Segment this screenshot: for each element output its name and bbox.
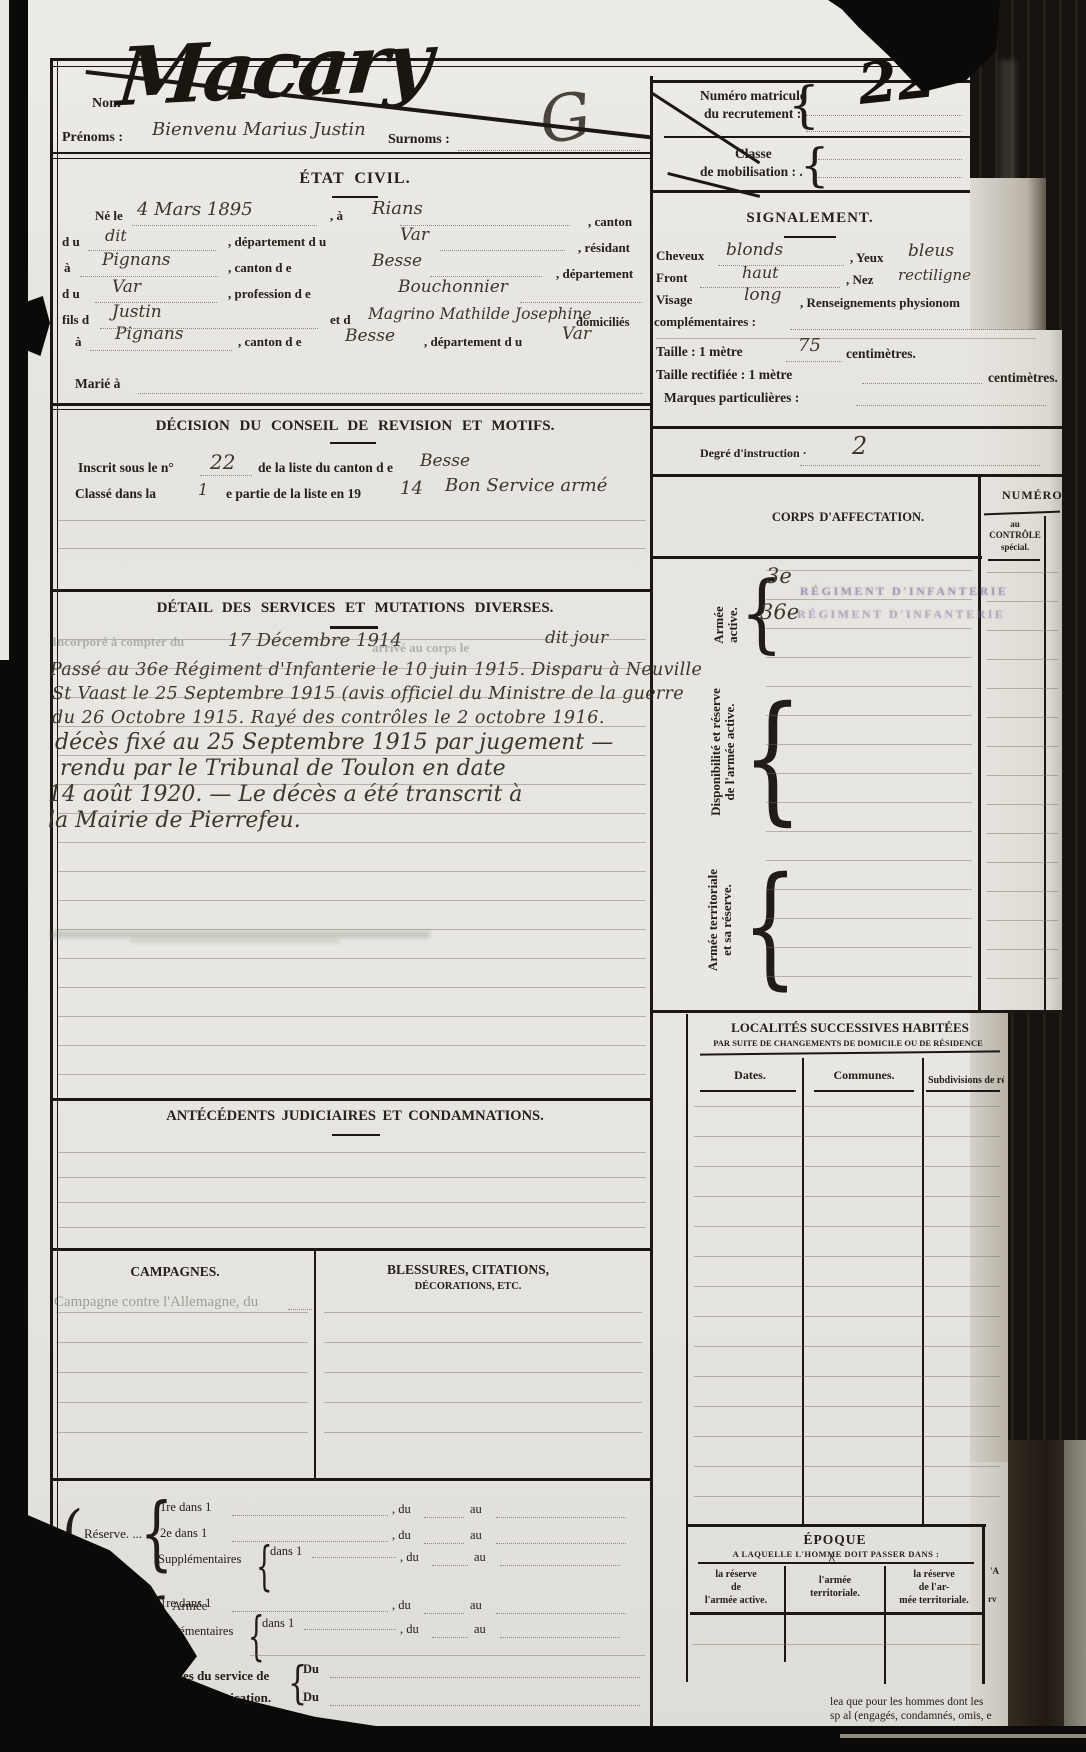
armee-active-line2: active.: [725, 607, 740, 643]
ruled-line: [766, 657, 972, 658]
armee-territoriale-label: Armée territoriale et sa réserve.: [706, 845, 742, 995]
cheveux-value: blonds: [726, 240, 783, 260]
faint-annotation-smudge: [50, 931, 430, 938]
ruled-line: [694, 1166, 1000, 1167]
signalement-title: SIGNALEMENT.: [700, 210, 920, 227]
epoque-vertical-2: [884, 1566, 886, 1684]
leader: [424, 1542, 464, 1544]
campagnes-top-rule: [50, 1248, 650, 1251]
marie-leader: [138, 392, 643, 394]
ruled-line: [694, 1496, 1000, 1497]
numero-leader-2: [806, 130, 962, 132]
reserve-suppl-au: au: [474, 1550, 486, 1565]
profession-value: Bouchonnier: [398, 277, 508, 297]
partie-value: 1: [198, 480, 208, 499]
decision-underline: [330, 442, 376, 444]
torn-page-strip-edge: [1064, 1440, 1086, 1728]
classe-leader-2: [818, 176, 962, 178]
leader: [90, 349, 232, 351]
classe-bottom-rule: [652, 190, 970, 193]
prenoms-value-handwritten: Bienvenu Marius Justin: [152, 119, 366, 140]
surnoms-leader: [458, 149, 640, 151]
ruled-line: [58, 958, 646, 959]
campagnes-title: CAMPAGNES.: [90, 1264, 260, 1280]
services-underline: [330, 626, 378, 629]
degre-bottom-rule: [652, 474, 1062, 477]
campagne-allemagne-stamp: Campagne contre l'Allemagne, du: [54, 1294, 258, 1311]
ruled-line: [58, 1016, 646, 1017]
ruled-line: [694, 1406, 1000, 1407]
numero-col-header: NUMÉRO: [1002, 488, 1063, 503]
disponibilite-label: Disponibilité et réserve de l'armée acti…: [709, 662, 745, 842]
ruled-line: [766, 773, 972, 774]
antecedents-title: ANTÉCÉDENTS JUDICIAIRES ET CONDAMNATIONS…: [100, 1108, 610, 1125]
campagnes-divider: [314, 1250, 316, 1480]
service-communication-label-1: es du service de: [183, 1668, 269, 1684]
ruled-line: [58, 1045, 646, 1046]
localites-left-border: [686, 1014, 688, 1682]
ruled-line: [986, 601, 1058, 602]
ruled-line: [766, 860, 972, 861]
ruled-line: [694, 1106, 1000, 1107]
ruled-line: [324, 1432, 642, 1433]
ruled-line: [58, 639, 646, 640]
faint-annotation-smudge-2: [130, 939, 340, 943]
campagnes-ruled-lines: [56, 1312, 308, 1472]
ruled-line: [58, 900, 646, 901]
leader: [862, 382, 982, 384]
ruled-line: [986, 572, 1058, 573]
a-label-1: , à: [330, 208, 343, 224]
canton-besse-1: Besse: [372, 251, 422, 271]
numero-brace: {: [788, 80, 820, 130]
epoque-header-rule: [690, 1612, 982, 1615]
ruled-line: [324, 1312, 642, 1313]
ruled-line: [694, 1196, 1000, 1197]
ruled-line: [986, 659, 1058, 660]
epoque-brace-rule: [698, 1562, 974, 1564]
annee-value: 14: [400, 478, 423, 499]
reserve-suppl-label: Supplémentaires: [158, 1552, 241, 1567]
blessures-title-2: DÉCORATIONS, ETC.: [398, 1281, 538, 1292]
service-du-2: Du: [303, 1690, 319, 1705]
scanned-military-register-page: { "glyphs": {"brace":"{", "paren":"(", "…: [0, 0, 1086, 1752]
campagnes-bottom-rule: [50, 1478, 650, 1481]
ruled-line: [694, 1466, 1000, 1467]
ruled-line: [766, 628, 972, 629]
departement-var-1: Var: [400, 225, 429, 245]
leader: [790, 328, 1040, 330]
ruled-line: [694, 1436, 1000, 1437]
front-value: haut: [742, 263, 779, 282]
taille-value: 75: [798, 335, 821, 356]
ruled-line: [58, 755, 646, 756]
ruled-line: [58, 1152, 646, 1153]
a-label-3: à: [75, 334, 82, 350]
territoriale-line2: et sa réserve.: [719, 884, 734, 956]
leader: [304, 1628, 396, 1630]
ruled-line: [58, 697, 646, 698]
leader: [424, 1516, 464, 1518]
ruled-line: [56, 1402, 308, 1403]
territ-suppl-dans: dans 1: [262, 1616, 294, 1631]
complementaires-label: complémentaires :: [654, 314, 756, 330]
communes-underline: [814, 1090, 914, 1092]
services-title: DÉTAIL DES SERVICES ET MUTATIONS DIVERSE…: [70, 600, 640, 617]
leader: [432, 1564, 468, 1566]
yeux-label: , Yeux: [850, 250, 883, 266]
centimetres-label-1: centimètres.: [846, 346, 916, 362]
ruled-line: [58, 929, 646, 930]
ruled-line: [986, 891, 1058, 892]
ruled-line: [766, 715, 972, 716]
localites-ruled-lines: [694, 1106, 1000, 1531]
epoque-brace-caret: ^: [828, 1552, 836, 1568]
centimetres-label-2: centimètres.: [988, 370, 1058, 386]
reserve-row1-label: 1re dans 1: [160, 1500, 211, 1515]
ruled-line: [58, 1074, 646, 1075]
fils-label: fils d: [62, 312, 89, 328]
ruled-line: [694, 1316, 1000, 1317]
col-header-dates: Dates.: [700, 1068, 800, 1083]
marques-label: Marques particulières :: [664, 390, 799, 406]
ruled-line: [766, 831, 972, 832]
du-label-2: d u: [62, 286, 80, 302]
yeux-value: bleus: [908, 241, 954, 261]
disponibilite-line2: de l'armée active.: [722, 703, 737, 800]
subdivisions-underline: [926, 1090, 1000, 1092]
blessures-ruled-lines: [324, 1312, 642, 1472]
marie-label: Marié à: [75, 376, 120, 392]
prenoms-label: Prénoms :: [62, 130, 123, 146]
bottom-edge-highlight: [840, 1734, 1086, 1738]
ruled-line: [324, 1402, 642, 1403]
surnoms-label: Surnoms :: [388, 132, 450, 148]
leader: [330, 1704, 640, 1706]
epoque-col2-line2: territoriale.: [790, 1589, 880, 1600]
ruled-line: [58, 1177, 646, 1178]
antecedents-underline: [332, 1134, 380, 1136]
corps-title-rule: [652, 556, 982, 559]
residant-label: , résidant: [578, 240, 630, 256]
front-label: Front: [656, 270, 688, 286]
ruled-line: [58, 784, 646, 785]
epoque-edge-fragment-2: rv: [988, 1594, 997, 1604]
leader: [80, 275, 218, 277]
ruled-line: [986, 949, 1058, 950]
ruled-line: [986, 978, 1058, 979]
ruled-line: [58, 842, 646, 843]
signalement-bottom-rule: [652, 426, 1062, 429]
leader: [496, 1542, 626, 1544]
antecedents-top-rule: [50, 1098, 650, 1101]
ruled-line: [766, 947, 972, 948]
classe-dans-label: Classé dans la: [75, 486, 156, 502]
flourish-letter: G: [535, 79, 596, 159]
ruled-line: [56, 1312, 308, 1313]
ruled-line: [766, 802, 972, 803]
leader: [856, 404, 1046, 406]
col-header-communes: Communes.: [812, 1068, 916, 1083]
numero-matricule-label-2: du recrutement :: [704, 106, 801, 122]
epoque-col3-line2: de l'ar-: [888, 1583, 980, 1594]
territ-suppl-au: au: [474, 1622, 486, 1637]
ruled-line: [986, 833, 1058, 834]
controle-header-3: spécial.: [988, 543, 1042, 552]
epoque-note-1: lea que pour les hommes dont les: [830, 1696, 983, 1708]
controle-header-2: CONTRÔLE: [988, 531, 1042, 540]
reserve-row2-du: , du: [392, 1528, 411, 1543]
taille-label: Taille : 1 mètre: [656, 344, 743, 360]
ruled-line: [56, 1342, 308, 1343]
leader: [800, 464, 1040, 466]
departement-var-2: Var: [112, 277, 141, 297]
ruled-line: [692, 1644, 980, 1645]
a-label-2: à: [64, 260, 71, 276]
nez-value: rectiligne: [898, 266, 971, 284]
leader: [500, 1564, 620, 1566]
territ-row1-au: au: [470, 1598, 482, 1613]
controle-header-1: au: [988, 520, 1042, 529]
canton-besse-value: Besse: [420, 451, 470, 471]
reserve-suppl-dans: dans 1: [270, 1544, 302, 1559]
reserve-row1-du: , du: [392, 1502, 411, 1517]
ruled-line: [58, 987, 646, 988]
du-label-1: d u: [62, 234, 80, 250]
leader: [312, 1556, 396, 1558]
leader: [330, 1676, 640, 1678]
signalement-underline: [784, 236, 836, 238]
col-header-subdivisions: Subdivisions de rég.: [928, 1075, 1004, 1086]
localites-title: LOCALITÉS SUCCESSIVES HABITÉES: [700, 1020, 1000, 1036]
epoque-right-border: [982, 1524, 985, 1684]
profession-label: , profession d e: [228, 286, 311, 302]
canton-besse-2: Besse: [345, 326, 395, 346]
ruled-line: [694, 1136, 1000, 1137]
ruled-line: [694, 1286, 1000, 1287]
numero-col-vertical: [978, 474, 981, 1012]
degre-instruction-value: 2: [852, 432, 867, 460]
ruled-line: [986, 775, 1058, 776]
ruled-line: [694, 1376, 1000, 1377]
degre-instruction-label: Degré d'instruction ·: [700, 446, 807, 461]
controle-underline: [988, 559, 1040, 561]
ruled-line: [766, 599, 972, 600]
ruled-line: [766, 918, 972, 919]
epoque-col1-line1: la réserve: [692, 1570, 780, 1581]
ruled-line: [766, 744, 972, 745]
ruled-line: [766, 570, 972, 571]
residence-pignans-2: Pignans: [115, 324, 184, 344]
territ-row1-du: , du: [392, 1598, 411, 1613]
etat-civil-title: ÉTAT CIVIL.: [150, 170, 560, 188]
leader: [432, 1636, 468, 1638]
territ-suppl-du: , du: [400, 1622, 419, 1637]
ruled-line: [694, 1346, 1000, 1347]
reserve-row2-au: au: [470, 1528, 482, 1543]
mother-name: Magrino Mathilde Josephine: [368, 305, 592, 323]
cheveux-label: Cheveux: [656, 248, 704, 264]
antecedents-ruled-lines: [58, 1152, 646, 1262]
name-block-bottom-thin: [50, 158, 650, 159]
epoque-title: ÉPOQUE: [760, 1532, 910, 1548]
col-header-subdivisions-clipped: Subdivisions de rég.: [928, 1070, 1004, 1088]
ne-le-label: Né le: [95, 208, 123, 224]
decision-title: DÉCISION DU CONSEIL DE REVISION ET MOTIF…: [70, 418, 640, 435]
reserve-row1-au: au: [470, 1502, 482, 1517]
inscrit-numero: 22: [210, 450, 235, 474]
taille-rectifiee-label: Taille rectifiée : 1 mètre: [656, 367, 792, 383]
corps-ruled-lines: [766, 570, 972, 1010]
father-name: Justin: [112, 302, 162, 322]
corps-affectation-title: CORPS D'AFFECTATION.: [720, 510, 976, 525]
leader: [200, 474, 252, 476]
dates-underline: [700, 1090, 796, 1092]
departement-var-3: Var: [562, 324, 591, 344]
numero-col-ruled-lines: [986, 572, 1058, 1012]
epoque-top-rule: [686, 1524, 986, 1527]
classe-brace: {: [800, 142, 829, 188]
decision-top-rule-thick: [50, 403, 650, 406]
bottom-black-strip: [0, 1726, 1086, 1752]
blessures-title-1: BLESSURES, CITATIONS,: [370, 1262, 566, 1278]
residence-pignans-1: Pignans: [102, 250, 171, 270]
canton-label-2: , canton d e: [238, 334, 302, 350]
ruled-line: [324, 1372, 642, 1373]
services-ruled-lines: [58, 639, 646, 1109]
ruled-line: [766, 976, 972, 977]
visage-label: Visage: [656, 292, 692, 308]
ruled-line: [694, 1226, 1000, 1227]
ruled-line: [58, 520, 646, 521]
ruled-line: [986, 717, 1058, 718]
epoque-note-2: sp al (engagés, condamnés, omis, e: [830, 1710, 992, 1722]
left-border-thick: [50, 58, 53, 1726]
ruled-line: [324, 1342, 642, 1343]
ruled-line: [58, 871, 646, 872]
service-du-1: Du: [303, 1662, 319, 1677]
ruled-line: [58, 668, 646, 669]
leader: [496, 1612, 626, 1614]
leader: [500, 1636, 620, 1638]
leader: [440, 249, 565, 251]
epoque-col3-line3: mée territoriale.: [888, 1596, 980, 1607]
ruled-line: [58, 548, 646, 549]
territ-row1-label: 1re dans 1: [160, 1596, 211, 1611]
epoque-edge-fragment-1: 'A: [990, 1566, 999, 1576]
classe-leader-1: [818, 158, 962, 160]
reserve-row2-label: 2e dans 1: [160, 1526, 207, 1541]
visage-value: long: [744, 285, 782, 305]
motif-value: Bon Service armé: [445, 475, 607, 496]
canton-dit: dit: [105, 226, 127, 245]
ruled-line: [56, 1432, 308, 1433]
leader: [232, 1514, 388, 1516]
ruled-line: [58, 1202, 646, 1203]
departement-label-2: , département d u: [424, 334, 522, 350]
departement-right-label: , département: [556, 266, 633, 282]
ruled-line: [694, 1256, 1000, 1257]
left-page-sliver: [0, 0, 9, 660]
ruled-line: [58, 1227, 646, 1228]
ruled-line: [250, 1655, 645, 1656]
birth-date: 4 Mars 1895: [137, 199, 253, 220]
classe-label-2: de mobilisation : .: [700, 164, 803, 180]
epoque-col1-line2: de: [692, 1583, 780, 1594]
epoque-col2-line1: l'armée: [790, 1576, 880, 1587]
leader: [718, 264, 844, 266]
ruled-line: [986, 630, 1058, 631]
leader: [520, 301, 642, 303]
ruled-line: [58, 726, 646, 727]
reserve-suppl-du: , du: [400, 1550, 419, 1565]
decision-top-rule-thin: [50, 409, 650, 410]
ruled-line: [986, 688, 1058, 689]
epoque-col1-line3: l'armée active.: [692, 1596, 780, 1607]
renseignements-label: , Renseignements physionom: [800, 295, 960, 310]
canton-label-1: , canton d e: [228, 260, 292, 276]
ruled-line: [656, 338, 1036, 339]
canton-right-label: , canton: [588, 214, 632, 230]
reserve-group-label: Réserve. ...: [84, 1526, 142, 1542]
services-top-rule: [50, 589, 650, 592]
ruled-line: [58, 813, 646, 814]
leader: [424, 1612, 464, 1614]
leader: [288, 1308, 312, 1310]
partie-liste-label: e partie de la liste en 19: [226, 486, 361, 502]
liste-canton-label: de la liste du canton d e: [258, 460, 393, 476]
ruled-line: [766, 686, 972, 687]
epoque-subtitle: A LAQUELLE L'HOMME DOIT PASSER DANS :: [700, 1549, 972, 1559]
ruled-line: [986, 804, 1058, 805]
leader: [786, 360, 842, 362]
epoque-col3-line1: la réserve: [888, 1570, 980, 1581]
leader: [496, 1516, 626, 1518]
birth-place: Rians: [372, 198, 423, 219]
ruled-line: [986, 746, 1058, 747]
leader: [132, 224, 317, 226]
renseignements-label-clipped: , Renseignements physionom: [800, 294, 1046, 312]
center-divider: [650, 76, 653, 1726]
localites-subtitle: PAR SUITE DE CHANGEMENTS DE DOMICILE OU …: [692, 1038, 1004, 1048]
numero-leader-1: [806, 114, 962, 116]
ruled-line: [986, 920, 1058, 921]
departement-label-1: , département d u: [228, 234, 326, 250]
inscrit-label: Inscrit sous le n°: [78, 460, 174, 476]
classe-label-1: Classe: [735, 146, 772, 162]
nez-label: , Nez: [846, 272, 873, 288]
ruled-line: [986, 862, 1058, 863]
ruled-line: [56, 1372, 308, 1373]
ruled-line: [766, 889, 972, 890]
